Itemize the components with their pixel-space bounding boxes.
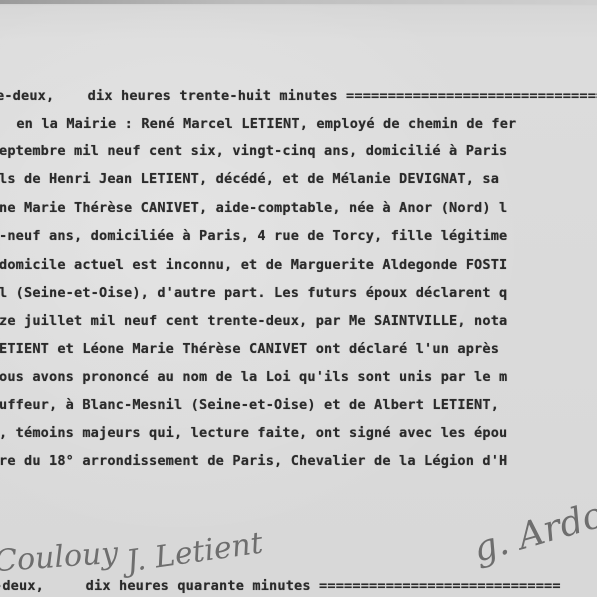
signature-1: Coulouy	[0, 536, 119, 580]
text-line-6: -neuf ans, domiciliée à Paris, 4 rue de …	[0, 228, 507, 244]
text-line-3: eptembre mil neuf cent six, vingt-cinq a…	[0, 143, 507, 159]
signature-2: J. Letient	[124, 526, 265, 580]
text-line-1: e-deux, dix heures trente-huit minutes =…	[0, 88, 597, 104]
document-scan: e-deux, dix heures trente-huit minutes =…	[0, 0, 597, 597]
text-line-10: ETIENT et Léone Marie Thérèse CANIVET on…	[0, 341, 499, 357]
text-line-7: domicile actuel est inconnu, et de Margu…	[0, 257, 507, 273]
text-line-14: re du 18° arrondissement de Paris, Cheva…	[0, 453, 507, 469]
signature-3: g. Ardo	[469, 494, 597, 570]
page-top-edge	[0, 0, 597, 4]
text-line-11: ous avons prononcé au nom de la Loi qu'i…	[0, 369, 507, 385]
text-line-9: ze juillet mil neuf cent trente-deux, pa…	[0, 313, 507, 329]
text-line-12: uffeur, à Blanc-Mesnil (Seine-et-Oise) e…	[0, 397, 499, 413]
text-line-2: en la Mairie : René Marcel LETIENT, empl…	[8, 116, 516, 132]
text-line-13: , témoins majeurs qui, lecture faite, on…	[0, 425, 507, 441]
text-line-4: ls de Henri Jean LETIENT, décédé, et de …	[0, 171, 499, 187]
text-line-15: -deux, dix heures quarante minutes =====…	[0, 578, 561, 594]
text-line-5: ne Marie Thérèse CANIVET, aide-comptable…	[0, 200, 507, 216]
text-line-8: l (Seine-et-Oise), d'autre part. Les fut…	[0, 285, 507, 301]
